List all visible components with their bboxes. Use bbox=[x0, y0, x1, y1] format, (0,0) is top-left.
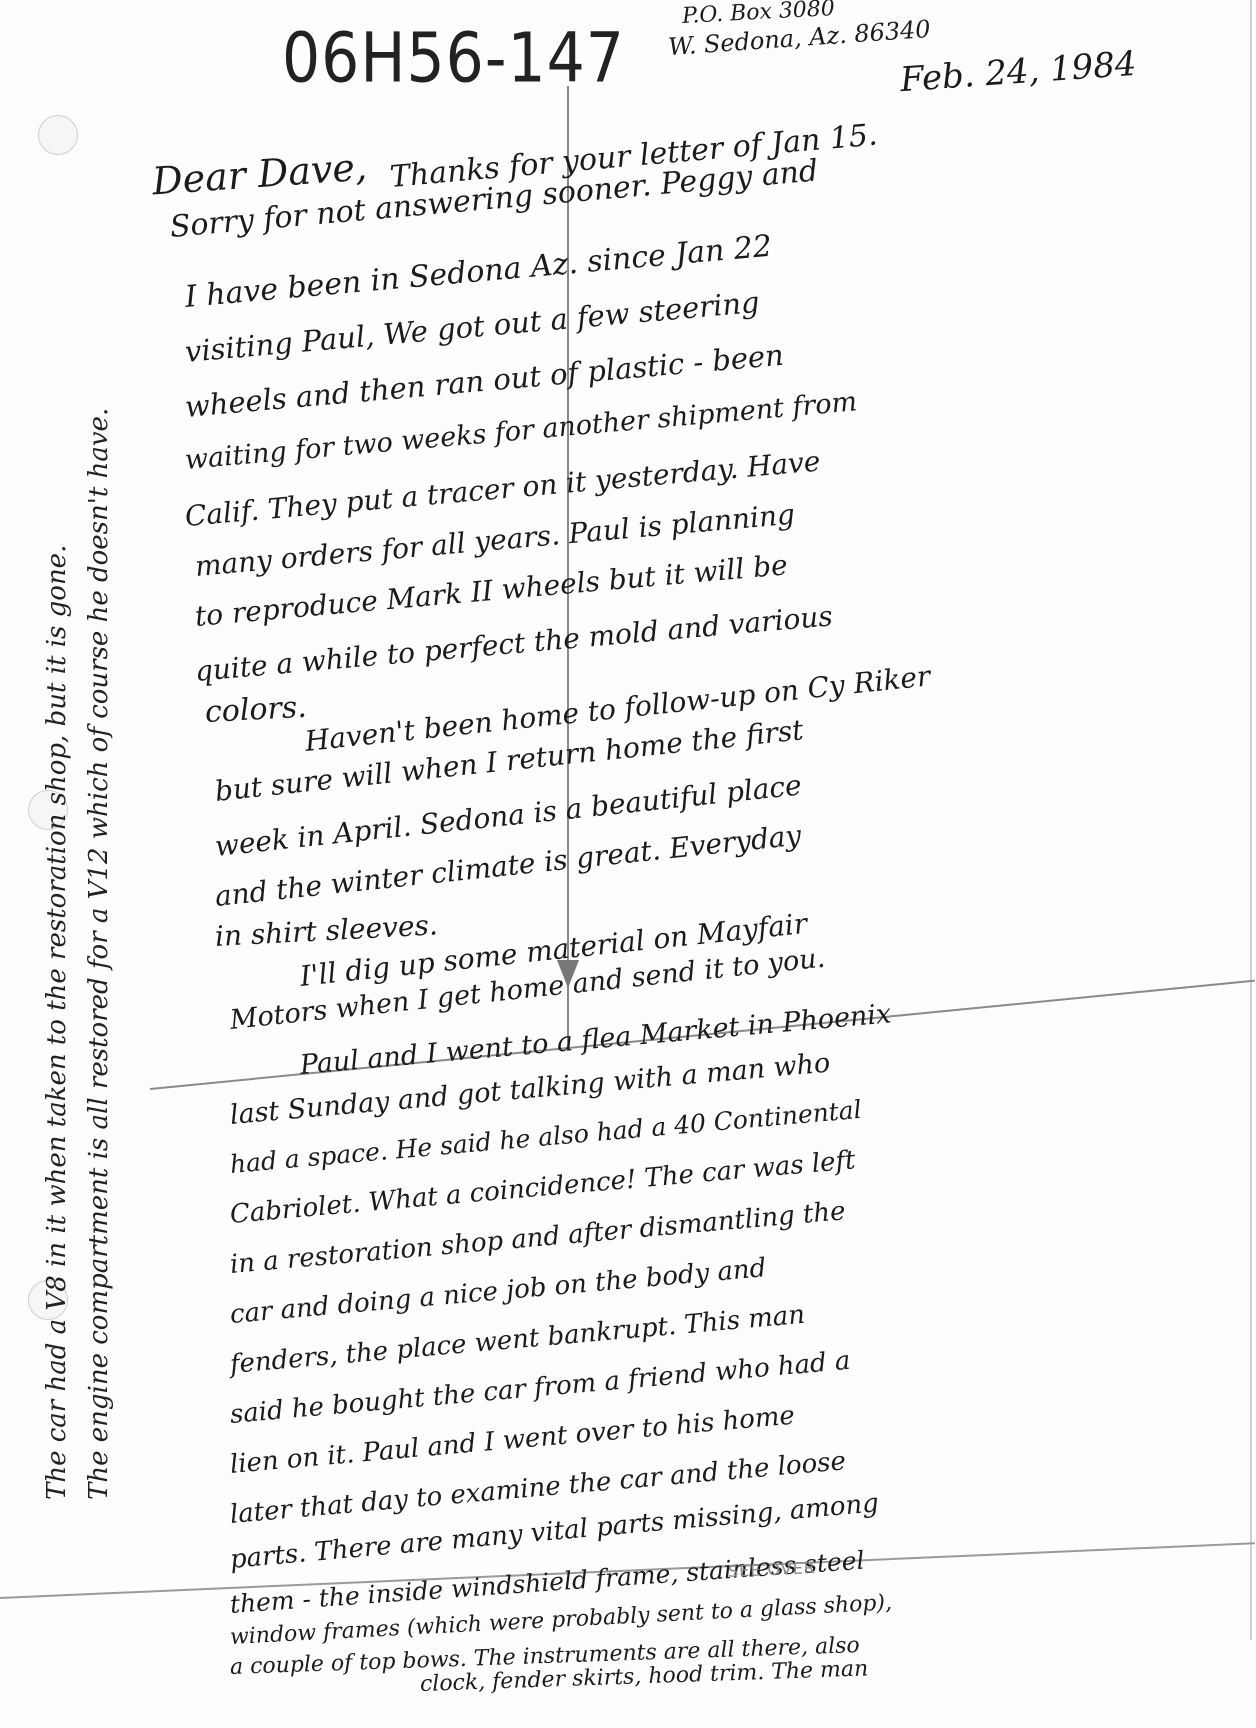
see-over-stamp: SEE OVER bbox=[728, 1558, 817, 1581]
fold-line-vertical bbox=[567, 86, 569, 1046]
punch-hole bbox=[38, 115, 78, 155]
letter-line: colors. bbox=[204, 690, 307, 730]
page-edge bbox=[1250, 0, 1252, 1640]
margin-note-line-1: The car had a V8 in it when taken to the… bbox=[42, 545, 72, 1500]
margin-note-line-2: The engine compartment is all restored f… bbox=[84, 408, 114, 1500]
reference-number: 06H56-147 bbox=[282, 18, 625, 99]
